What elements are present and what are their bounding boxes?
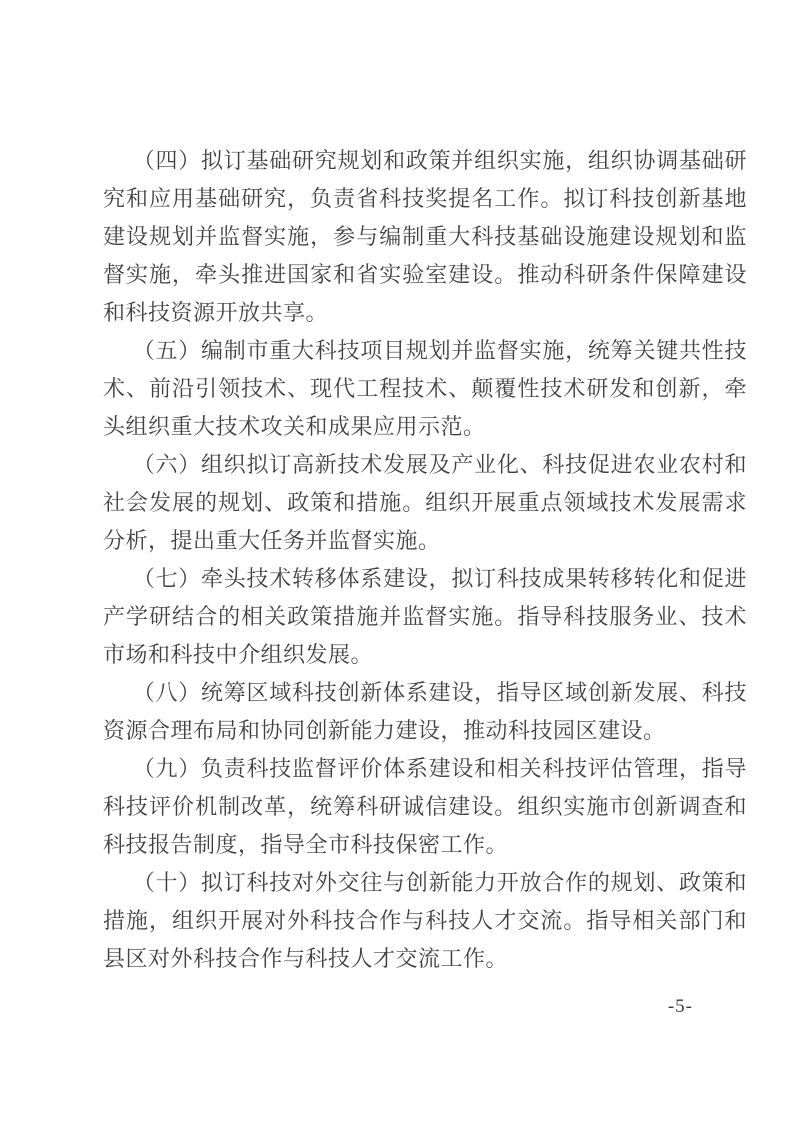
document-paragraph: （六）组织拟订高新技术发展及产业化、科技促进农业农村和社会发展的规划、政策和措施… xyxy=(103,446,747,560)
document-paragraph: （七）牵头技术转移体系建设，拟订科技成果转移转化和促进产学研结合的相关政策措施并… xyxy=(103,560,747,674)
document-paragraph: （十）拟订科技对外交往与创新能力开放合作的规划、政策和措施，组织开展对外科技合作… xyxy=(103,864,747,978)
document-page: （四）拟订基础研究规划和政策并组织实施，组织协调基础研究和应用基础研究，负责省科… xyxy=(0,0,793,1122)
document-paragraph: （四）拟订基础研究规划和政策并组织实施，组织协调基础研究和应用基础研究，负责省科… xyxy=(103,142,747,332)
page-number: -5- xyxy=(668,996,693,1018)
document-paragraph: （九）负责科技监督评价体系建设和相关科技评估管理，指导科技评价机制改革，统筹科研… xyxy=(103,750,747,864)
document-body: （四）拟订基础研究规划和政策并组织实施，组织协调基础研究和应用基础研究，负责省科… xyxy=(103,142,747,978)
document-paragraph: （五）编制市重大科技项目规划并监督实施，统筹关键共性技术、前沿引领技术、现代工程… xyxy=(103,332,747,446)
document-paragraph: （八）统筹区域科技创新体系建设，指导区域创新发展、科技资源合理布局和协同创新能力… xyxy=(103,674,747,750)
